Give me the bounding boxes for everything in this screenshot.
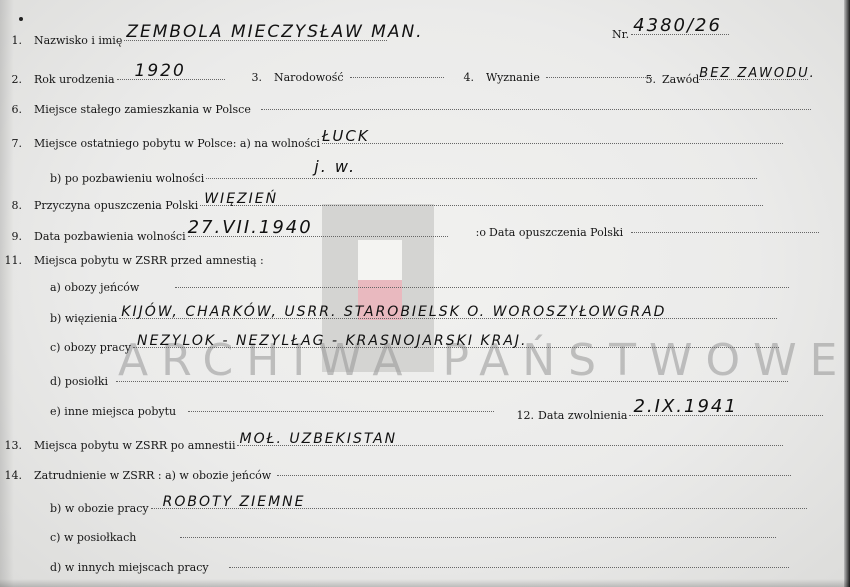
field-number: 7. <box>0 137 22 150</box>
field-label: Nazwisko i imię <box>34 34 122 47</box>
field-label: Zatrudnienie w ZSRR : a) w obozie jeńców <box>34 469 271 482</box>
scan-edge-left <box>0 0 14 587</box>
record-number: Nr. 4380/26 <box>612 20 729 41</box>
field-departure-date-row: :o Data opuszczenia Polski <box>472 222 819 239</box>
stay-after-amnesty-value: MOŁ. UZBEKISTAN <box>239 431 397 447</box>
field-label: d) w innych miejscach pracy <box>50 561 209 574</box>
last-stay-free-value: ŁUCK <box>322 127 370 145</box>
field-label: Miejsca pobytu w ZSRR po amnestii <box>34 439 235 452</box>
section-stay-before-amnesty: 11. Miejsca pobytu w ZSRR przed amnestią… <box>0 254 264 267</box>
name-value: ZEMBOLA MIECZYSŁAW MAN. <box>126 22 423 42</box>
field-release-date-row: 12. Data zwolnienia 2.IX.1941 <box>514 401 823 422</box>
field-number: :o <box>472 226 486 239</box>
last-stay-detained-field[interactable]: j. w. <box>204 162 757 182</box>
employment-labor-camp-field[interactable]: ROBOTY ZIEMNE <box>149 494 807 512</box>
field-detention-date-row: 9. Data pozbawienia wolności 27.VII.1940 <box>0 222 448 243</box>
field-label: c) w posiołkach <box>50 531 136 544</box>
field-labor-camps-row: c) obozy pracy NEZYLOK - NEZYLŁAG - KRAS… <box>50 333 779 354</box>
field-label: Przyczyna opuszczenia Polski <box>34 199 198 212</box>
field-departure-reason-row: 8. Przyczyna opuszczenia Polski WIĘZIEŃ <box>0 193 763 212</box>
field-number: 4. <box>452 71 474 84</box>
field-last-stay-free-row: 7. Miejsce ostatniego pobytu w Polsce: a… <box>0 131 783 150</box>
field-number: 3. <box>240 71 262 84</box>
settlements-field[interactable] <box>108 371 788 385</box>
occupation-value: BEZ ZAWODU. <box>699 66 816 81</box>
employment-settlements-field[interactable] <box>136 527 776 541</box>
field-number: 2. <box>0 73 22 86</box>
birth-year-value: 1920 <box>135 61 186 81</box>
field-number: 1. <box>0 34 22 47</box>
field-nationality-row: 3. Narodowość <box>240 67 444 84</box>
field-label: b) w obozie pracy <box>50 502 149 515</box>
section-heading: Miejsca pobytu w ZSRR przed amnestią : <box>34 254 264 267</box>
field-last-stay-detained-row: b) po pozbawieniu wolności j. w. <box>50 162 757 185</box>
labor-camps-value: NEZYLOK - NEZYLŁAG - KRASNOJARSKI KRAJ. <box>137 333 528 349</box>
other-places-field[interactable] <box>176 401 494 415</box>
field-stay-after-amnesty-row: 13. Miejsca pobytu w ZSRR po amnestii MO… <box>0 431 783 452</box>
field-employment-pow-row: 14. Zatrudnienie w ZSRR : a) w obozie je… <box>0 465 791 482</box>
field-religion-row: 4. Wyznanie <box>452 67 652 84</box>
field-employment-other-row: d) w innych miejscach pracy <box>50 557 789 574</box>
labor-camps-field[interactable]: NEZYLOK - NEZYLŁAG - KRASNOJARSKI KRAJ. <box>131 333 779 351</box>
field-label: Narodowość <box>274 71 344 84</box>
field-label: e) inne miejsca pobytu <box>50 405 176 418</box>
field-pow-camps-row: a) obozy jeńców <box>50 277 789 294</box>
field-label: Wyznanie <box>486 71 540 84</box>
release-date-value: 2.IX.1941 <box>633 396 737 417</box>
occupation-field[interactable]: BEZ ZAWODU. <box>699 67 814 83</box>
record-number-field[interactable]: 4380/26 <box>629 20 729 38</box>
field-occupation-row: 5. Zawód BEZ ZAWODU. <box>644 67 814 86</box>
record-number-value: 4380/26 <box>633 15 722 36</box>
departure-reason-value: WIĘZIEŃ <box>204 191 278 207</box>
employment-labor-camp-value: ROBOTY ZIEMNE <box>163 494 306 510</box>
field-number: 6. <box>0 103 22 116</box>
detention-date-field[interactable]: 27.VII.1940 <box>186 222 448 240</box>
field-label: d) posiołki <box>50 375 108 388</box>
field-number: 13. <box>0 439 22 452</box>
field-label: Data zwolnienia <box>538 409 627 422</box>
prisons-field[interactable]: KIJÓW, CHARKÓW, USRR. STAROBIELSK O. WOR… <box>117 304 777 322</box>
field-other-places-row: e) inne miejsca pobytu <box>50 401 494 418</box>
field-employment-labor-camp-row: b) w obozie pracy ROBOTY ZIEMNE <box>50 494 807 515</box>
employment-other-field[interactable] <box>209 557 789 571</box>
field-settlements-row: d) posiołki <box>50 371 788 388</box>
field-prisons-row: b) więzienia KIJÓW, CHARKÓW, USRR. STARO… <box>50 304 777 325</box>
archive-logo-white-block <box>358 240 402 280</box>
field-permanent-residence-row: 6. Miejsce stałego zamieszkania w Polsce <box>0 99 811 116</box>
field-employment-settlements-row: c) w posiołkach <box>50 527 776 544</box>
field-number: 5. <box>644 73 656 86</box>
field-label: b) więzienia <box>50 312 117 325</box>
field-label: c) obozy pracy <box>50 341 131 354</box>
ink-speck <box>19 17 23 21</box>
prisons-value: KIJÓW, CHARKÓW, USRR. STAROBIELSK O. WOR… <box>121 304 666 320</box>
field-label: b) po pozbawieniu wolności <box>50 172 204 185</box>
registration-card: ARCHIWA PAŃSTWOWE 1. Nazwisko i imię ZEM… <box>0 0 850 587</box>
last-stay-free-field[interactable]: ŁUCK <box>320 131 783 147</box>
departure-reason-field[interactable]: WIĘZIEŃ <box>198 193 763 209</box>
field-label: Rok urodzenia <box>34 73 115 86</box>
field-label: Miejsce ostatniego pobytu w Polsce: a) n… <box>34 137 320 150</box>
record-number-label: Nr. <box>612 28 629 41</box>
field-label: Data pozbawienia wolności <box>34 230 186 243</box>
field-number: 8. <box>0 199 22 212</box>
last-stay-detained-value: j. w. <box>314 157 356 176</box>
detention-date-value: 27.VII.1940 <box>188 217 313 238</box>
field-label: Zawód <box>662 73 699 86</box>
nationality-field[interactable] <box>344 67 444 81</box>
departure-date-field[interactable] <box>623 222 819 236</box>
field-birth-year-row: 2. Rok urodzenia 1920 <box>0 67 225 86</box>
field-label: Miejsce stałego zamieszkania w Polsce <box>34 103 251 116</box>
pow-camps-field[interactable] <box>139 277 789 291</box>
birth-year-field[interactable]: 1920 <box>115 67 225 83</box>
stay-after-amnesty-field[interactable]: MOŁ. UZBEKISTAN <box>235 431 783 449</box>
field-number: 12. <box>514 409 534 422</box>
religion-field[interactable] <box>540 67 652 81</box>
scan-edge-bottom <box>0 579 850 587</box>
name-field[interactable]: ZEMBOLA MIECZYSŁAW MAN. <box>122 28 387 44</box>
field-label: Data opuszczenia Polski <box>489 226 623 239</box>
field-number: 11. <box>0 254 22 267</box>
field-label: a) obozy jeńców <box>50 281 139 294</box>
permanent-residence-field[interactable] <box>251 99 811 113</box>
scan-edge-right <box>844 0 850 587</box>
field-number: 9. <box>0 230 22 243</box>
field-name-row: 1. Nazwisko i imię ZEMBOLA MIECZYSŁAW MA… <box>0 28 387 47</box>
employment-pow-field[interactable] <box>271 465 791 479</box>
release-date-field[interactable]: 2.IX.1941 <box>627 401 823 419</box>
field-number: 14. <box>0 469 22 482</box>
